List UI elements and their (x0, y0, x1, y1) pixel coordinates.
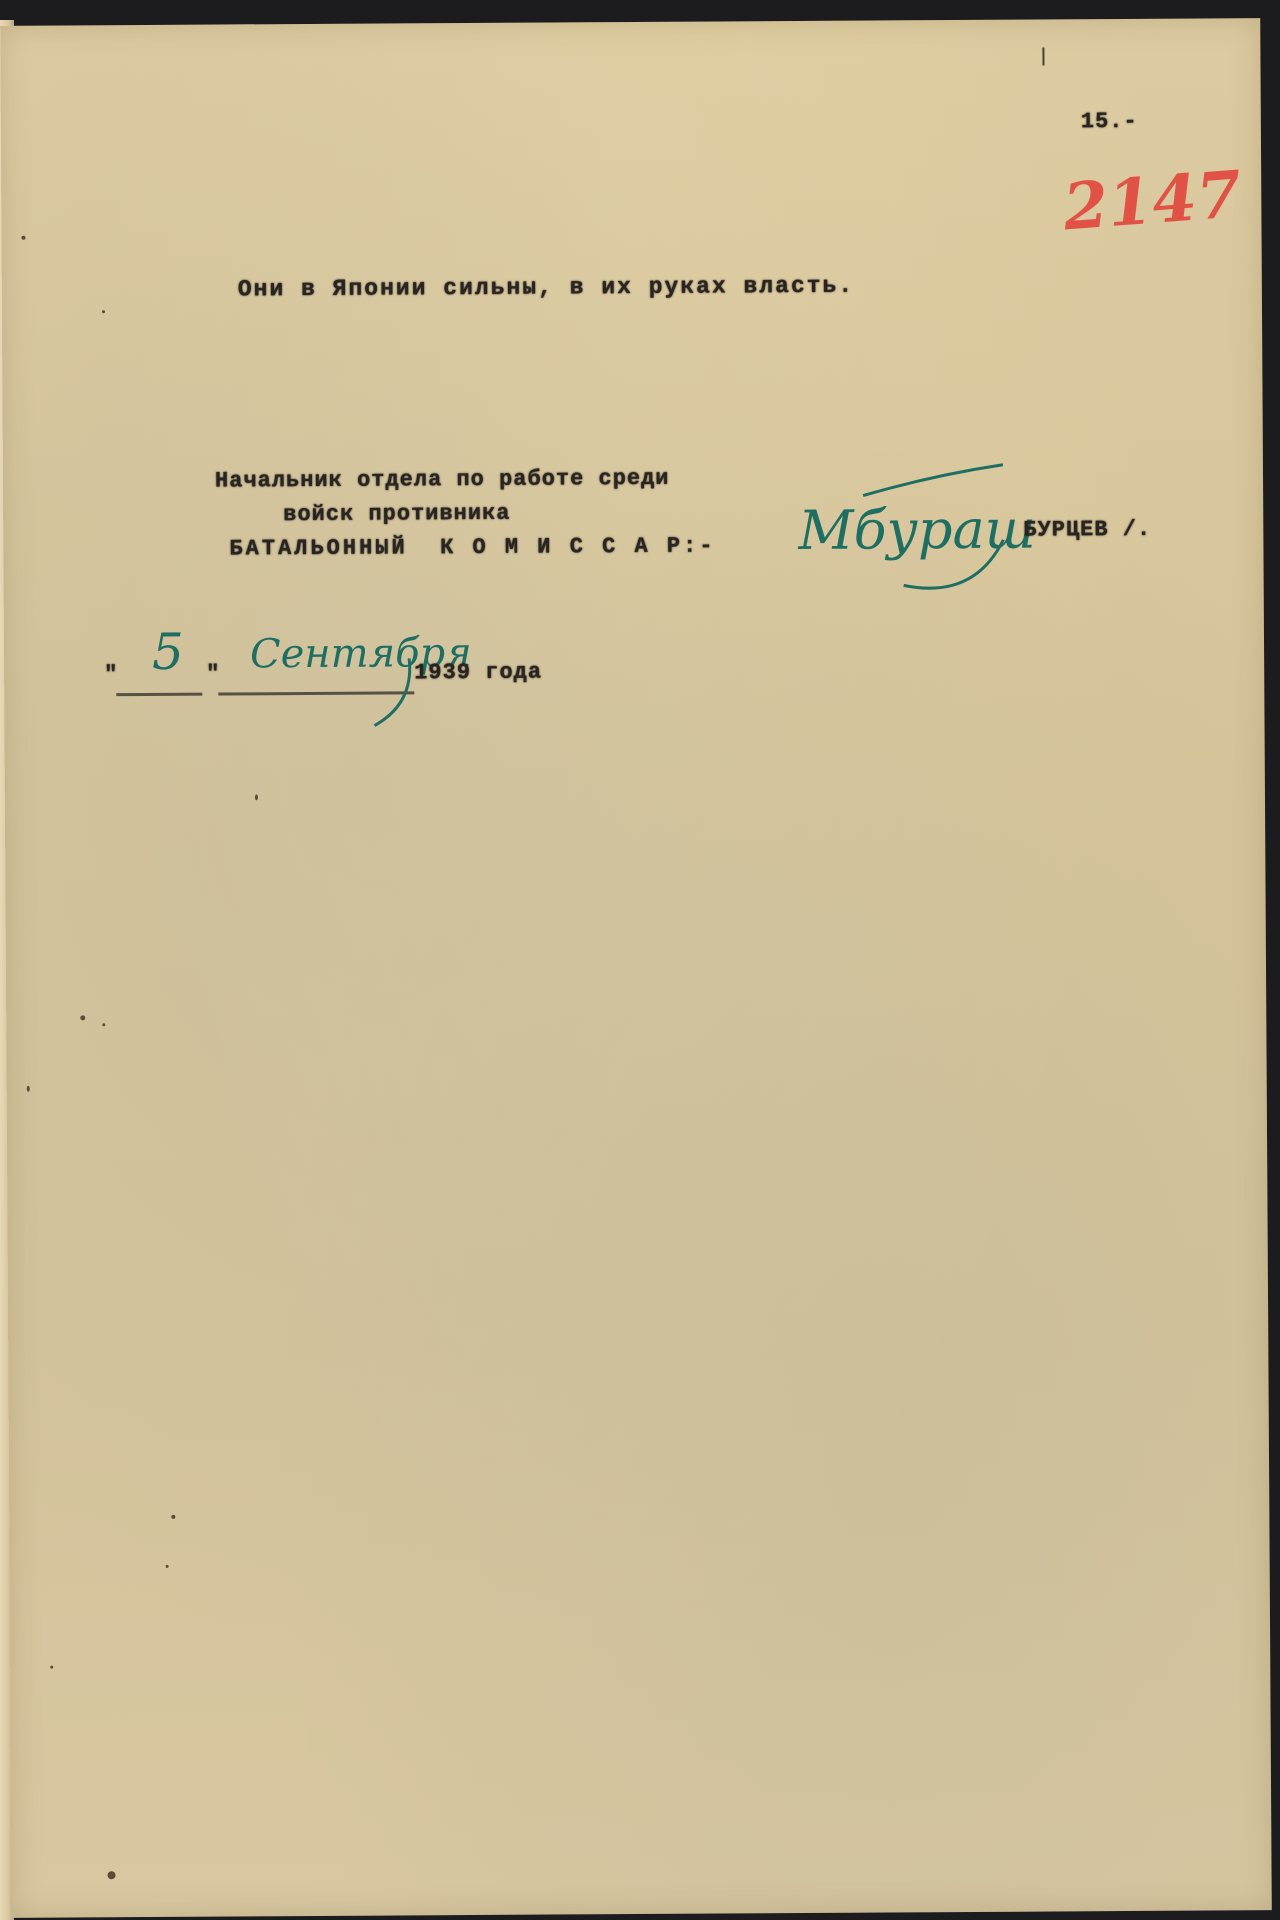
page-number: 15.- (1081, 109, 1138, 134)
paper-speck (50, 1666, 53, 1669)
body-line: Они в Японии сильны, в их руках власть. (238, 273, 854, 303)
paper-speck (27, 1086, 30, 1092)
paper-speck (22, 236, 26, 240)
archive-number: 2147 (1061, 157, 1244, 245)
signature-rank-line: БАТАЛЬОННЫЙ К О М И С С А Р:- (229, 534, 715, 562)
signature-flourish (823, 460, 1024, 601)
pencil-tick-mark (1042, 47, 1044, 65)
paper-speck (80, 1015, 85, 1020)
signature-title-line-2: войск противника (283, 501, 510, 527)
signatory-name: БУРЦЕВ /. (1023, 517, 1151, 543)
paper-speck (102, 1023, 105, 1026)
day-underline (116, 693, 202, 697)
date-open-quote: " (104, 662, 118, 687)
paper-speck (255, 794, 258, 800)
date-year: 1939 года (414, 660, 542, 686)
document-page: 15.- 2147 Они в Японии сильны, в их рука… (0, 18, 1272, 1918)
paper-speck (171, 1515, 175, 1519)
signature-title-line-1: Начальник отдела по работе среди (215, 466, 670, 494)
date-day: 5 (152, 623, 184, 681)
date-close-quote: " (206, 662, 220, 687)
paper-speck (166, 1565, 169, 1568)
paper-speck (102, 310, 105, 313)
paper-speck (108, 1871, 116, 1879)
